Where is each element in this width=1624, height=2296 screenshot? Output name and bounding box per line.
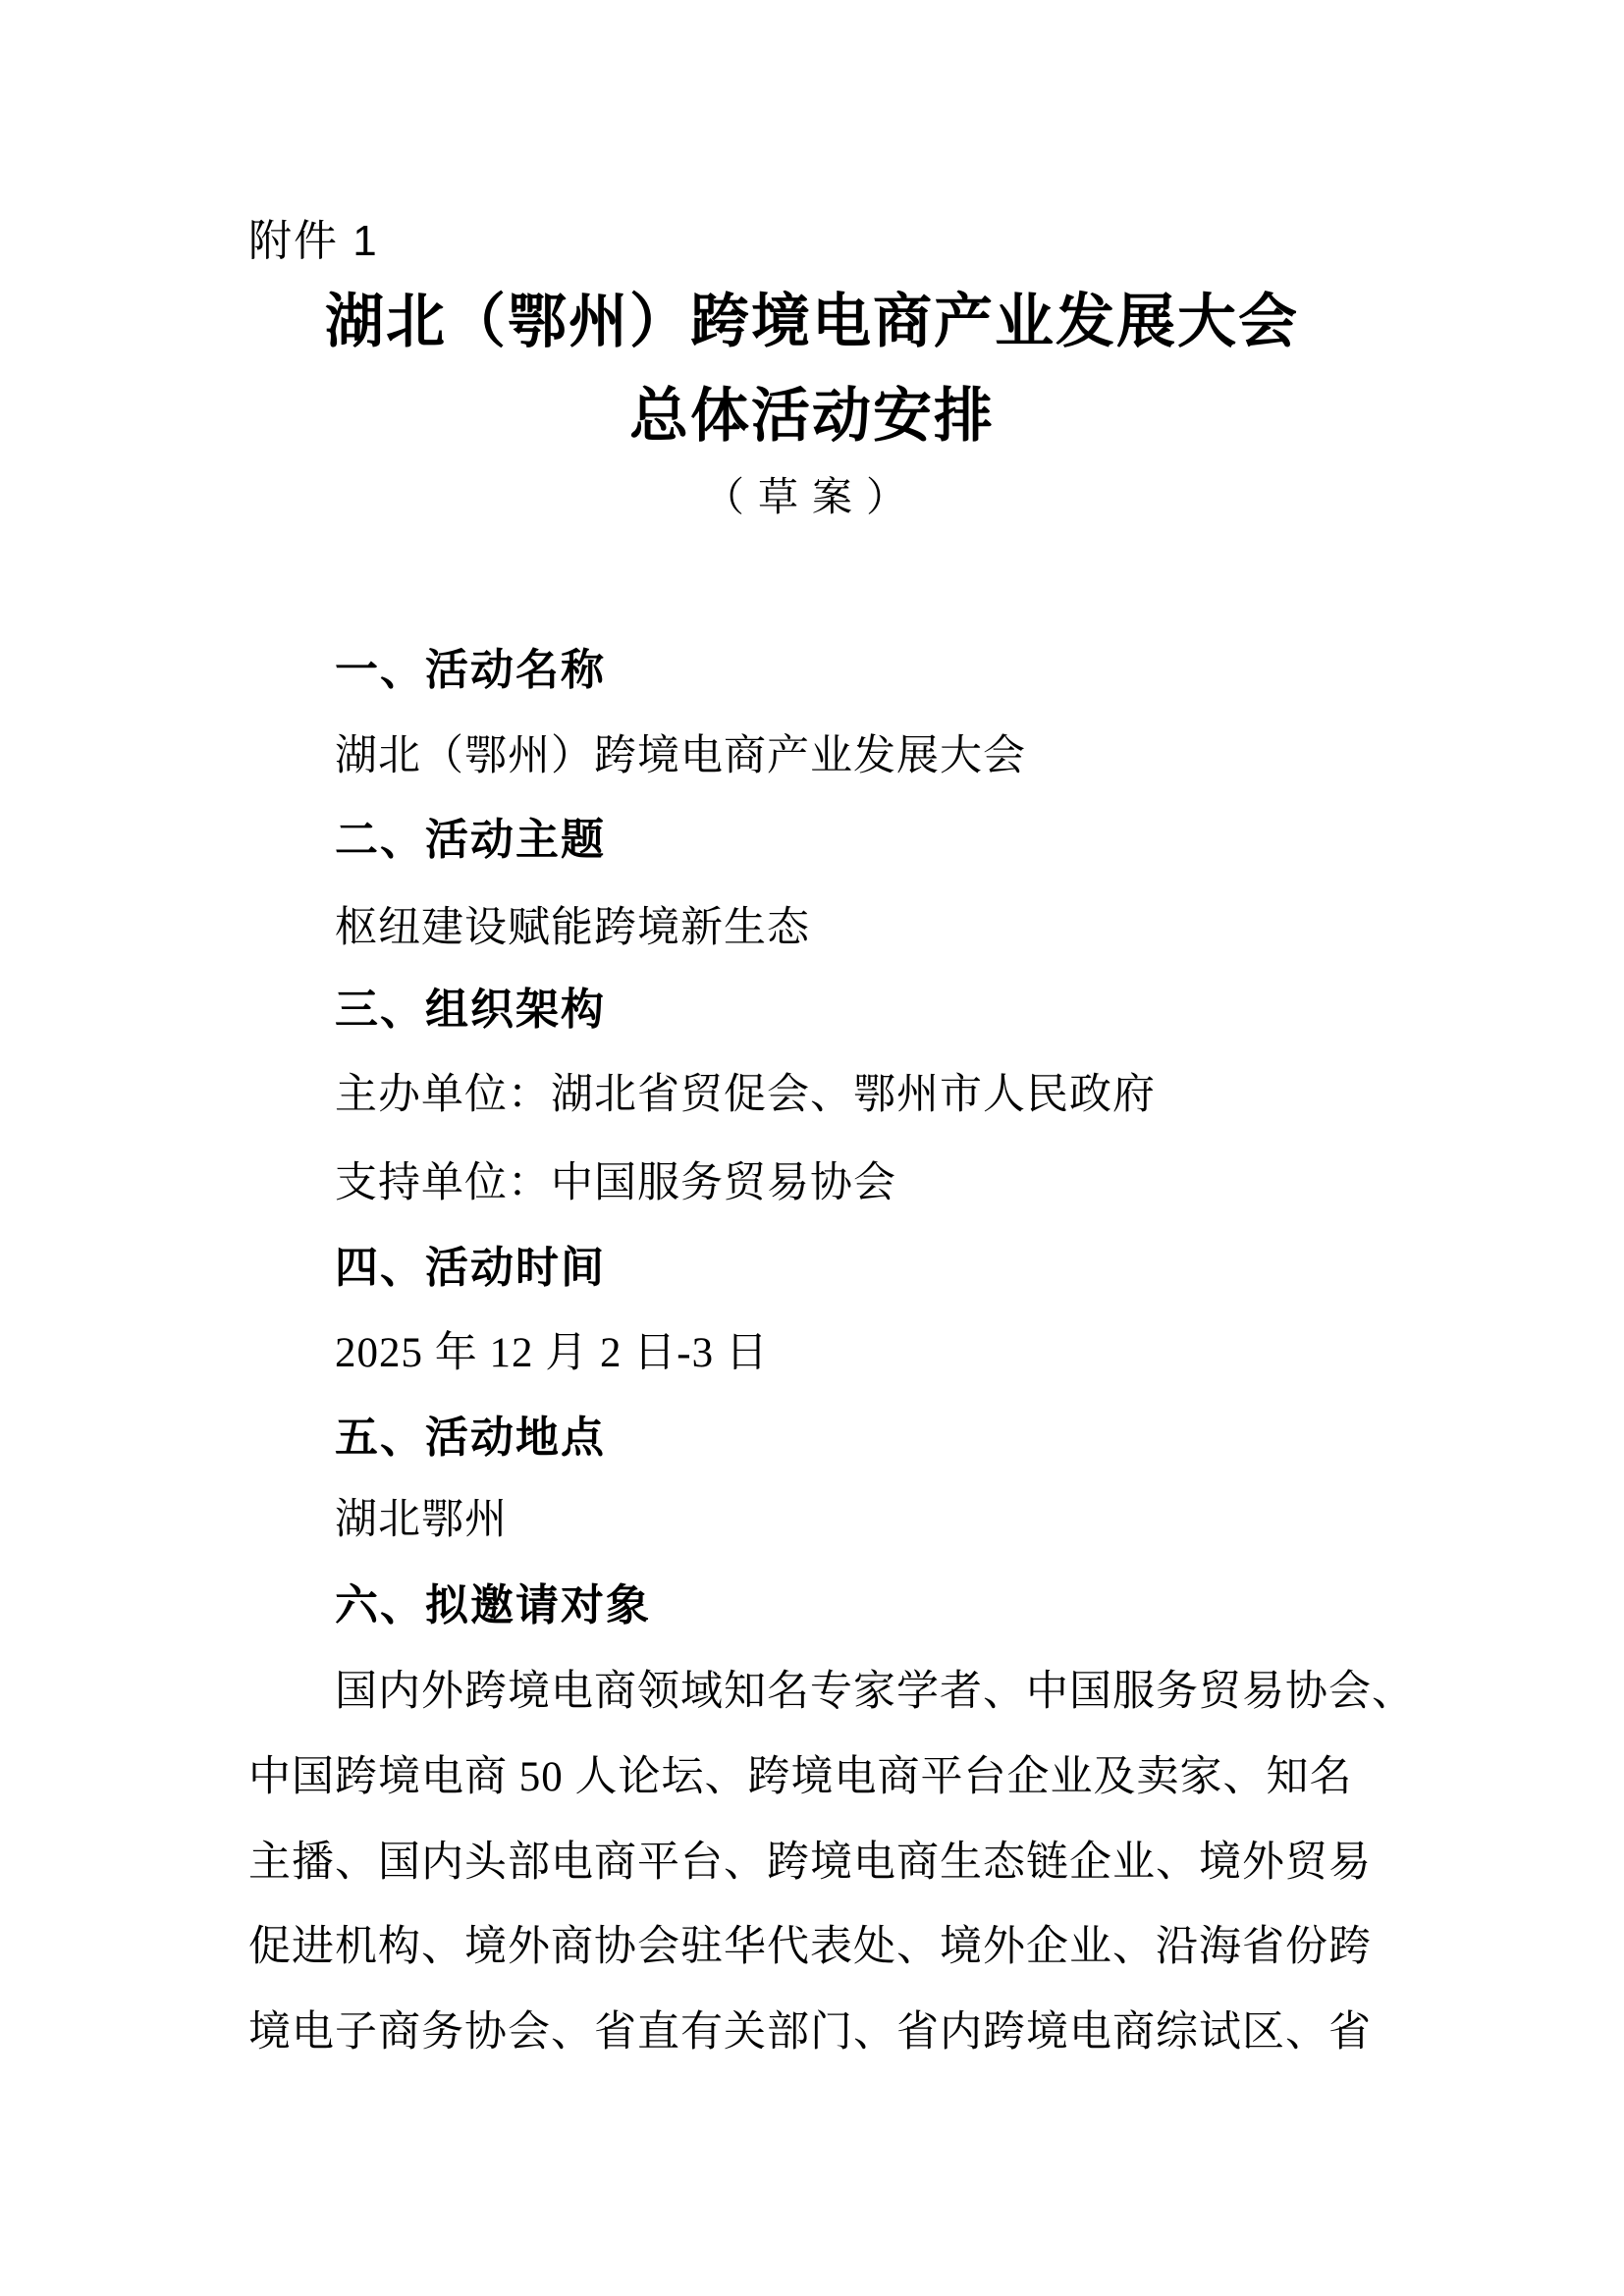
- section-2-body: 枢纽建设赋能跨境新生态: [335, 907, 810, 949]
- document-page: 附件 1 湖北（鄂州）跨境电商产业发展大会 总体活动安排 （草案） 一、活动名称…: [0, 0, 1624, 2296]
- section-1-body: 湖北（鄂州）跨境电商产业发展大会: [335, 735, 1026, 777]
- section-5-body-location: 湖北鄂州: [335, 1499, 508, 1541]
- section-4-body-date: 2025 年 12 月 2 日-3 日: [335, 1332, 769, 1374]
- doc-title-line-2: 总体活动安排: [0, 387, 1624, 446]
- draft-label: （草案）: [0, 477, 1624, 517]
- section-3-body-support-unit: 支持单位：中国服务贸易协会: [335, 1162, 896, 1204]
- invitees-line-5: 境电子商务协会、省直有关部门、省内跨境电商综试区、省: [248, 2011, 1372, 2054]
- invitees-line-2: 中国跨境电商 50 人论坛、跨境电商平台企业及卖家、知名: [248, 1756, 1353, 1798]
- doc-title-line-1: 湖北（鄂州）跨境电商产业发展大会: [0, 293, 1624, 351]
- section-4-heading: 四、活动时间: [335, 1247, 606, 1290]
- section-6-heading: 六、拟邀请对象: [335, 1584, 651, 1628]
- invitees-line-3: 主播、国内头部电商平台、跨境电商生态链企业、境外贸易: [248, 1842, 1372, 1884]
- section-3-body-host-unit: 主办单位：湖北省贸促会、鄂州市人民政府: [335, 1074, 1156, 1116]
- section-2-heading: 二、活动主题: [335, 819, 606, 862]
- section-1-heading: 一、活动名称: [335, 649, 606, 692]
- invitees-line-1: 国内外跨境电商领域知名专家学者、中国服务贸易协会、: [335, 1671, 1415, 1713]
- section-3-heading: 三、组织架构: [335, 988, 606, 1032]
- section-5-heading: 五、活动地点: [335, 1416, 606, 1460]
- attachment-label: 附件 1: [248, 220, 379, 263]
- invitees-line-4: 促进机构、境外商协会驻华代表处、境外企业、沿海省份跨: [248, 1926, 1372, 1968]
